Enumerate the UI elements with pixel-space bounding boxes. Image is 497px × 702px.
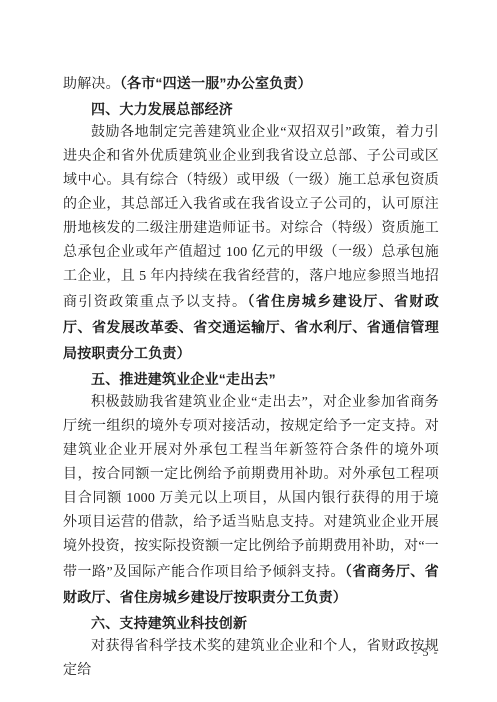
paragraph-continuation: 助解决。（各市“四送一服”办公室负责） [63,71,439,97]
paragraph-section-6: 对获得省科学技术奖的建筑业企业和个人，省财政按规定给 [63,635,439,683]
section-heading-4: 四、大力发展总部经济 [63,97,439,121]
bold-text-segment: （各市“四送一服”办公室负责） [120,75,312,91]
body-text-segment: 助解决。 [63,77,120,92]
body-text-segment: 对获得省科学技术奖的建筑业企业和个人，省财政按规定给 [63,639,439,678]
paragraph-section-4: 鼓励各地制定完善建筑业企业“双招双引”政策，着力引进央企和省外优质建筑业企业到我… [63,121,439,367]
bold-text-segment: 五、推进建筑业企业“走出去” [91,371,276,387]
section-heading-6: 六、支持建筑业科技创新 [63,611,439,635]
body-text-segment: 积极鼓励我省建筑业企业“走出去”，对企业参加省商务厅统一组织的境外专项对接活动，… [63,395,439,580]
document-page: 助解决。（各市“四送一服”办公室负责）四、大力发展总部经济鼓励各地制定完善建筑业… [0,0,497,702]
body-text-segment: 鼓励各地制定完善建筑业企业“双招双引”政策，着力引进央企和省外优质建筑业企业到我… [63,125,439,310]
paragraph-section-5: 积极鼓励我省建筑业企业“走出去”，对企业参加省商务厅统一组织的境外专项对接活动，… [63,391,439,611]
bold-text-segment: 四、大力发展总部经济 [91,101,233,117]
bold-text-segment: 六、支持建筑业科技创新 [91,615,247,631]
section-heading-5: 五、推进建筑业企业“走出去” [63,367,439,391]
document-body: 助解决。（各市“四送一服”办公室负责）四、大力发展总部经济鼓励各地制定完善建筑业… [63,71,439,683]
page-number: - 5 - [398,645,454,660]
